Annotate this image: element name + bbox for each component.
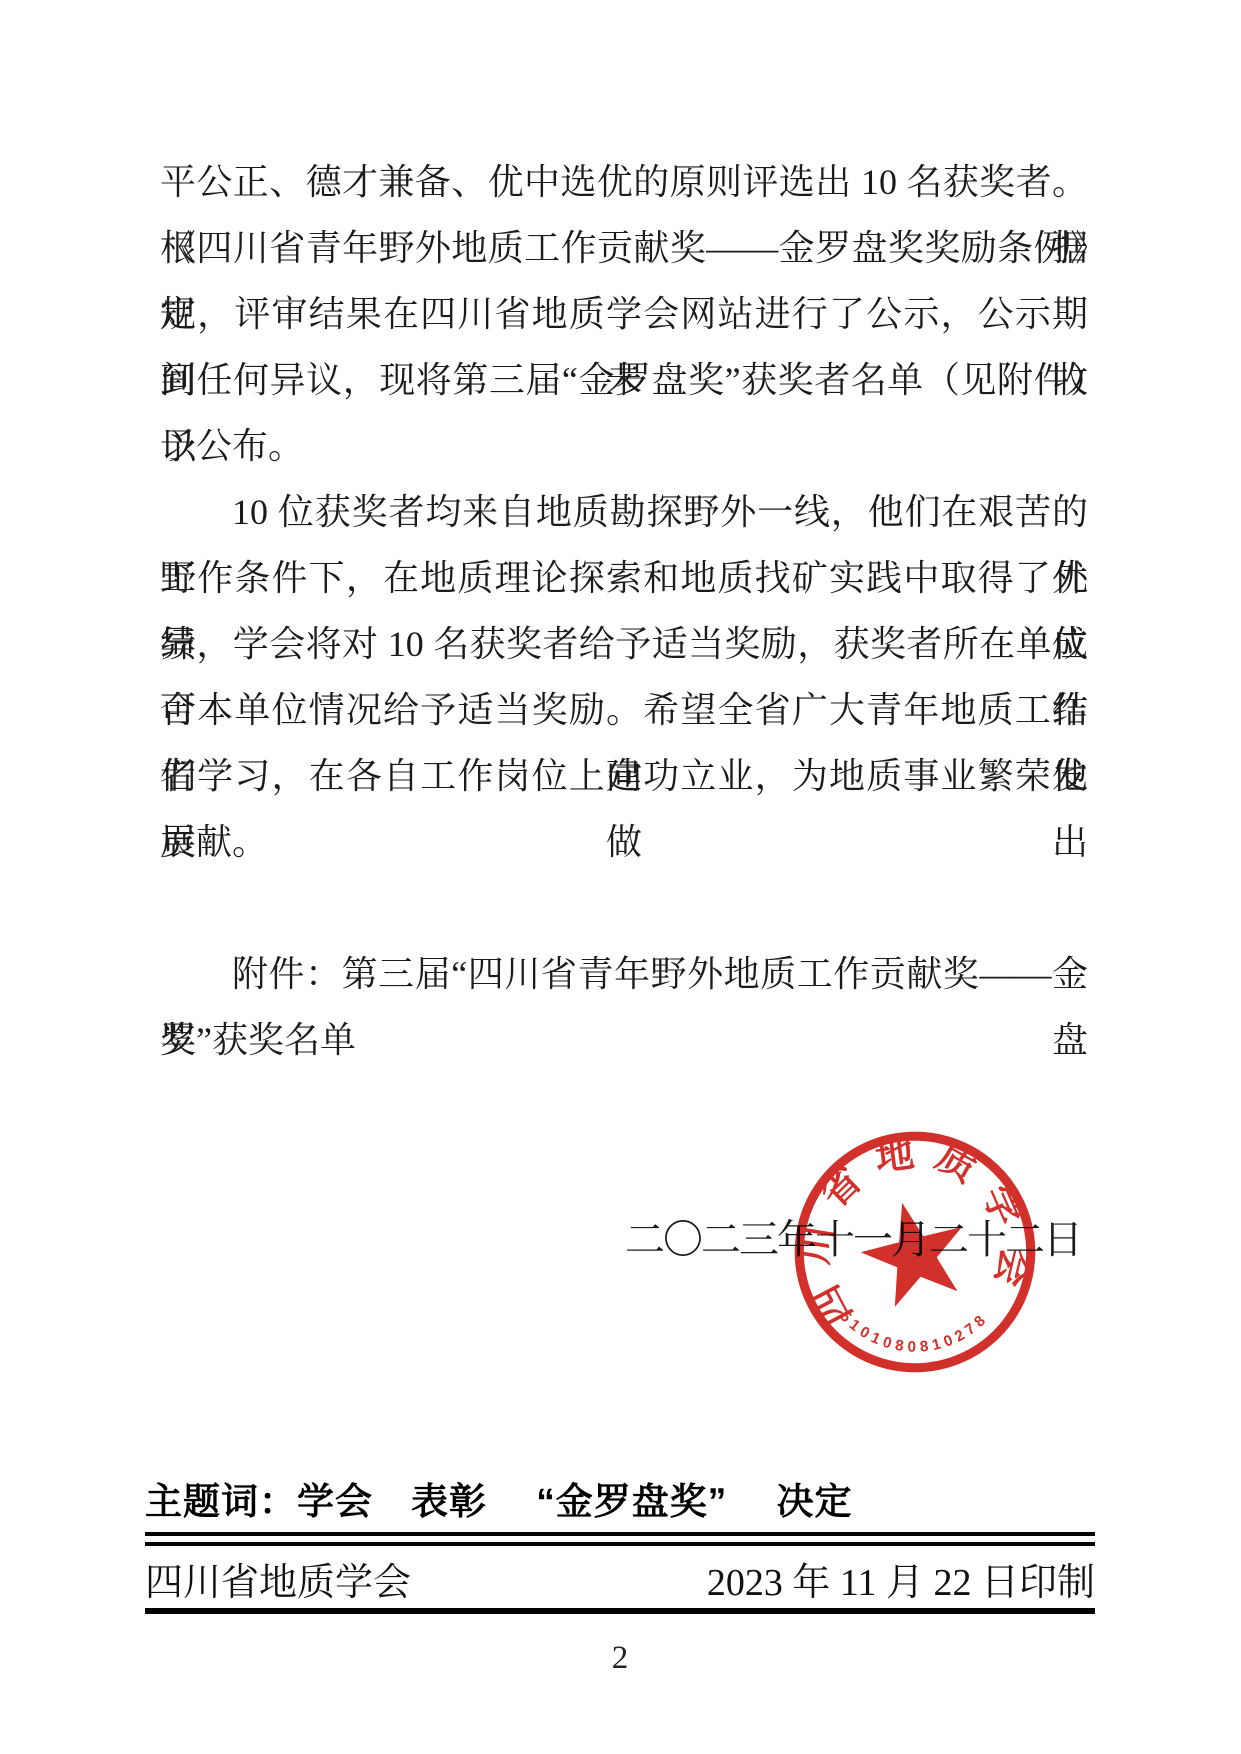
body-text-line: 附件：第三届“四川省青年野外地质工作贡献奖——金罗盘 (160, 941, 1088, 1007)
issuer-name: 四川省地质学会 (145, 1551, 411, 1606)
page-number: 2 (145, 1640, 1095, 1677)
print-date: 2023 年 11 月 22 日印制 (707, 1551, 1095, 1606)
document-footer: 主题词：学会 表彰 “金罗盘奖” 决定 四川省地质学会 2023 年 11 月 … (145, 1480, 1095, 1677)
document-page: 平公正、德才兼备、优中选优的原则评选出 10 名获奖者。根据《四川省青年野外地质… (0, 0, 1241, 1754)
seal-star-icon (852, 1190, 977, 1312)
body-text-line: 合本单位情况给予适当奖励。希望全省广大青年地质工作者向他 (160, 677, 1088, 743)
body-text-line: 《四川省青年野外地质工作贡献奖——金罗盘奖奖励条例》规 (160, 215, 1088, 281)
body-text-line (160, 875, 1088, 941)
body-text-line: 以公布。 (160, 413, 1088, 479)
body-text-line: 绩，学会将对 10 名获奖者给予适当奖励，获奖者所在单位可结 (160, 611, 1088, 677)
body-text-line: 到任何异议，现将第三届“金罗盘奖”获奖者名单（见附件）予 (160, 347, 1088, 413)
official-seal: 四川省地质学会 5101080810278 (770, 1107, 1060, 1397)
body-text-line: 平公正、德才兼备、优中选优的原则评选出 10 名获奖者。根据 (160, 149, 1088, 215)
body-text-line: 10 位获奖者均来自地质勘探野外一线，他们在艰苦的野外 (160, 479, 1088, 545)
footer-rule-top (145, 1532, 1095, 1546)
footer-rule-bottom (145, 1608, 1095, 1614)
body-text-line: 工作条件下，在地质理论探索和地质找矿实践中取得了优异成 (160, 545, 1088, 611)
body-text: 平公正、德才兼备、优中选优的原则评选出 10 名获奖者。根据《四川省青年野外地质… (160, 149, 1088, 1073)
body-text-line: 定，评审结果在四川省地质学会网站进行了公示，公示期间未收 (160, 281, 1088, 347)
body-text-line: 们学习，在各自工作岗位上建功立业，为地质事业繁荣发展做出 (160, 743, 1088, 809)
keywords-line: 主题词：学会 表彰 “金罗盘奖” 决定 (145, 1480, 1095, 1524)
issuer-row: 四川省地质学会 2023 年 11 月 22 日印制 (145, 1548, 1095, 1608)
